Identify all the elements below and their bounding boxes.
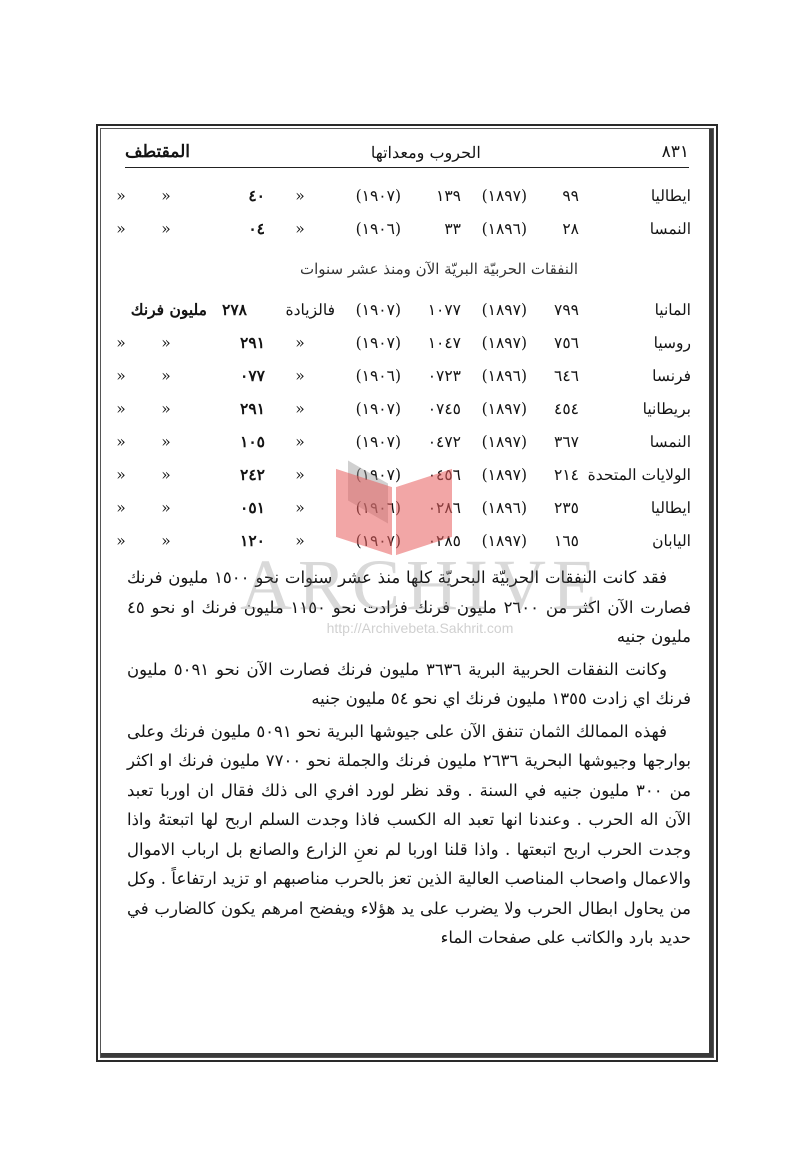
- new-value: ٣٣: [401, 220, 461, 238]
- land-expenses-title: النفقات الحربيّة البريّة الآن ومنذ عشر س…: [127, 251, 691, 287]
- country-name: اليابان: [579, 532, 691, 550]
- ditto-mark: «: [101, 466, 141, 484]
- new-value: ٠٢٨٥: [401, 532, 461, 550]
- page-number: ٨٣١: [662, 142, 689, 162]
- increase-label: فالزيادة: [247, 301, 335, 319]
- increase-value: ٠٥١: [191, 498, 265, 517]
- increase-value: ١٠٥: [191, 432, 265, 451]
- body-text: فقد كانت النفقات الحربيّة البحريّة كلها …: [127, 563, 691, 953]
- new-year: (١٩٠٦): [335, 499, 401, 517]
- paragraph-land-summary: وكانت النفقات الحربية البرية ٣٦٣٦ مليون …: [127, 655, 691, 714]
- new-value: ٠٢٨٦: [401, 499, 461, 517]
- new-year: (١٩٠٧): [335, 301, 401, 319]
- paragraph-commentary: فهذه الممالك الثمان تنفق الآن على جيوشها…: [127, 717, 691, 953]
- old-value: ٤٥٤: [527, 400, 579, 418]
- increase-value: ١٢٠: [191, 531, 265, 550]
- old-year: (١٨٩٦): [461, 499, 527, 517]
- ditto-mark: «: [101, 433, 141, 451]
- ditto-mark: «: [101, 187, 141, 205]
- increase-value: ٠٤: [191, 219, 265, 238]
- old-value: ٢١٤: [527, 466, 579, 484]
- table-row: المانيا ٧٩٩ (١٨٩٧) ١٠٧٧ (١٩٠٧) فالزيادة …: [127, 293, 691, 326]
- increase-value: ٤٠: [191, 186, 265, 205]
- land-expenses-table: المانيا ٧٩٩ (١٨٩٧) ١٠٧٧ (١٩٠٧) فالزيادة …: [127, 293, 691, 557]
- unit-label: مليون فرنك: [87, 300, 207, 319]
- old-value: ٧٩٩: [527, 301, 579, 319]
- new-value: ٠٧٤٥: [401, 400, 461, 418]
- old-value: ٢٣٥: [527, 499, 579, 517]
- ditto-mark: «: [265, 220, 335, 238]
- table-row: النمسا ٣٦٧ (١٨٩٧) ٠٤٧٢ (١٩٠٧) « ١٠٥ « «: [127, 425, 691, 458]
- running-header: ٨٣١ الحروب ومعداتها المقتطف: [125, 137, 689, 168]
- increase-value: ٠٧٧: [191, 366, 265, 385]
- table-row: النمسا ٢٨ (١٨٩٦) ٣٣ (١٩٠٦) « ٠٤ « «: [127, 212, 691, 245]
- country-name: النمسا: [579, 433, 691, 451]
- ditto-mark: «: [141, 220, 191, 238]
- old-year: (١٨٩٧): [461, 400, 527, 418]
- new-value: ١٠٤٧: [401, 334, 461, 352]
- ditto-mark: «: [101, 400, 141, 418]
- table-row: ايطاليا ٢٣٥ (١٨٩٦) ٠٢٨٦ (١٩٠٦) « ٠٥١ « «: [127, 491, 691, 524]
- old-year: (١٨٩٧): [461, 334, 527, 352]
- increase-value: ٢٩١: [191, 333, 265, 352]
- new-value: ١٠٧٧: [401, 301, 461, 319]
- old-value: ٧٥٦: [527, 334, 579, 352]
- new-year: (١٩٠٧): [335, 187, 401, 205]
- ditto-mark: «: [265, 367, 335, 385]
- table-row: بريطانيا ٤٥٤ (١٨٩٧) ٠٧٤٥ (١٩٠٧) « ٢٩١ « …: [127, 392, 691, 425]
- ditto-mark: «: [141, 400, 191, 418]
- table-row: روسيا ٧٥٦ (١٨٩٧) ١٠٤٧ (١٩٠٧) « ٢٩١ « «: [127, 326, 691, 359]
- ditto-mark: «: [265, 532, 335, 550]
- country-name: بريطانيا: [579, 400, 691, 418]
- ditto-mark: «: [101, 220, 141, 238]
- old-year: (١٨٩٧): [461, 301, 527, 319]
- new-year: (١٩٠٧): [335, 532, 401, 550]
- new-value: ٠٤٥٦: [401, 466, 461, 484]
- journal-name: المقتطف: [125, 142, 190, 162]
- new-year: (١٩٠٦): [335, 367, 401, 385]
- increase-value: ٢٩١: [191, 399, 265, 418]
- ditto-mark: «: [141, 499, 191, 517]
- country-name: النمسا: [579, 220, 691, 238]
- ditto-mark: «: [141, 433, 191, 451]
- increase-value: ٢٧٨: [207, 300, 247, 319]
- paragraph-naval-summary: فقد كانت النفقات الحربيّة البحريّة كلها …: [127, 563, 691, 652]
- naval-expenses-table-tail: ايطاليا ٩٩ (١٨٩٧) ١٣٩ (١٩٠٧) « ٤٠ « « ال…: [127, 179, 691, 245]
- old-year: (١٨٩٧): [461, 466, 527, 484]
- ditto-mark: «: [265, 499, 335, 517]
- old-year: (١٨٩٧): [461, 532, 527, 550]
- table-row: الولايات المتحدة ٢١٤ (١٨٩٧) ٠٤٥٦ (١٩٠٧) …: [127, 458, 691, 491]
- ditto-mark: «: [141, 532, 191, 550]
- ditto-mark: «: [265, 187, 335, 205]
- new-year: (١٩٠٧): [335, 433, 401, 451]
- increase-value: ٢٤٢: [191, 465, 265, 484]
- ditto-mark: «: [101, 334, 141, 352]
- ditto-mark: «: [265, 433, 335, 451]
- old-year: (١٨٩٦): [461, 367, 527, 385]
- ditto-mark: «: [265, 334, 335, 352]
- old-year: (١٨٩٦): [461, 220, 527, 238]
- table-row: اليابان ١٦٥ (١٨٩٧) ٠٢٨٥ (١٩٠٧) « ١٢٠ « «: [127, 524, 691, 557]
- old-year: (١٨٩٧): [461, 433, 527, 451]
- ditto-mark: «: [101, 499, 141, 517]
- new-year: (١٩٠٧): [335, 334, 401, 352]
- page-frame: ٨٣١ الحروب ومعداتها المقتطف ايطاليا ٩٩ (…: [100, 128, 714, 1058]
- old-year: (١٨٩٧): [461, 187, 527, 205]
- country-name: فرنسا: [579, 367, 691, 385]
- new-year: (١٩٠٧): [335, 400, 401, 418]
- ditto-mark: «: [101, 532, 141, 550]
- old-value: ١٦٥: [527, 532, 579, 550]
- page-content: ايطاليا ٩٩ (١٨٩٧) ١٣٩ (١٩٠٧) « ٤٠ « « ال…: [127, 179, 691, 953]
- old-value: ٣٦٧: [527, 433, 579, 451]
- ditto-mark: «: [265, 400, 335, 418]
- ditto-mark: «: [141, 187, 191, 205]
- new-value: ٠٧٢٣: [401, 367, 461, 385]
- country-name: روسيا: [579, 334, 691, 352]
- ditto-mark: «: [141, 334, 191, 352]
- ditto-mark: «: [101, 367, 141, 385]
- country-name: الولايات المتحدة: [579, 466, 691, 484]
- new-value: ١٣٩: [401, 187, 461, 205]
- ditto-mark: «: [141, 367, 191, 385]
- old-value: ٦٤٦: [527, 367, 579, 385]
- table-row: فرنسا ٦٤٦ (١٨٩٦) ٠٧٢٣ (١٩٠٦) « ٠٧٧ « «: [127, 359, 691, 392]
- country-name: ايطاليا: [579, 499, 691, 517]
- table-row: ايطاليا ٩٩ (١٨٩٧) ١٣٩ (١٩٠٧) « ٤٠ « «: [127, 179, 691, 212]
- new-value: ٠٤٧٢: [401, 433, 461, 451]
- country-name: ايطاليا: [579, 187, 691, 205]
- old-value: ٢٨: [527, 220, 579, 238]
- ditto-mark: «: [141, 466, 191, 484]
- ditto-mark: «: [265, 466, 335, 484]
- old-value: ٩٩: [527, 187, 579, 205]
- country-name: المانيا: [579, 301, 691, 319]
- new-year: (١٩٠٧): [335, 466, 401, 484]
- new-year: (١٩٠٦): [335, 220, 401, 238]
- article-title: الحروب ومعداتها: [371, 143, 481, 162]
